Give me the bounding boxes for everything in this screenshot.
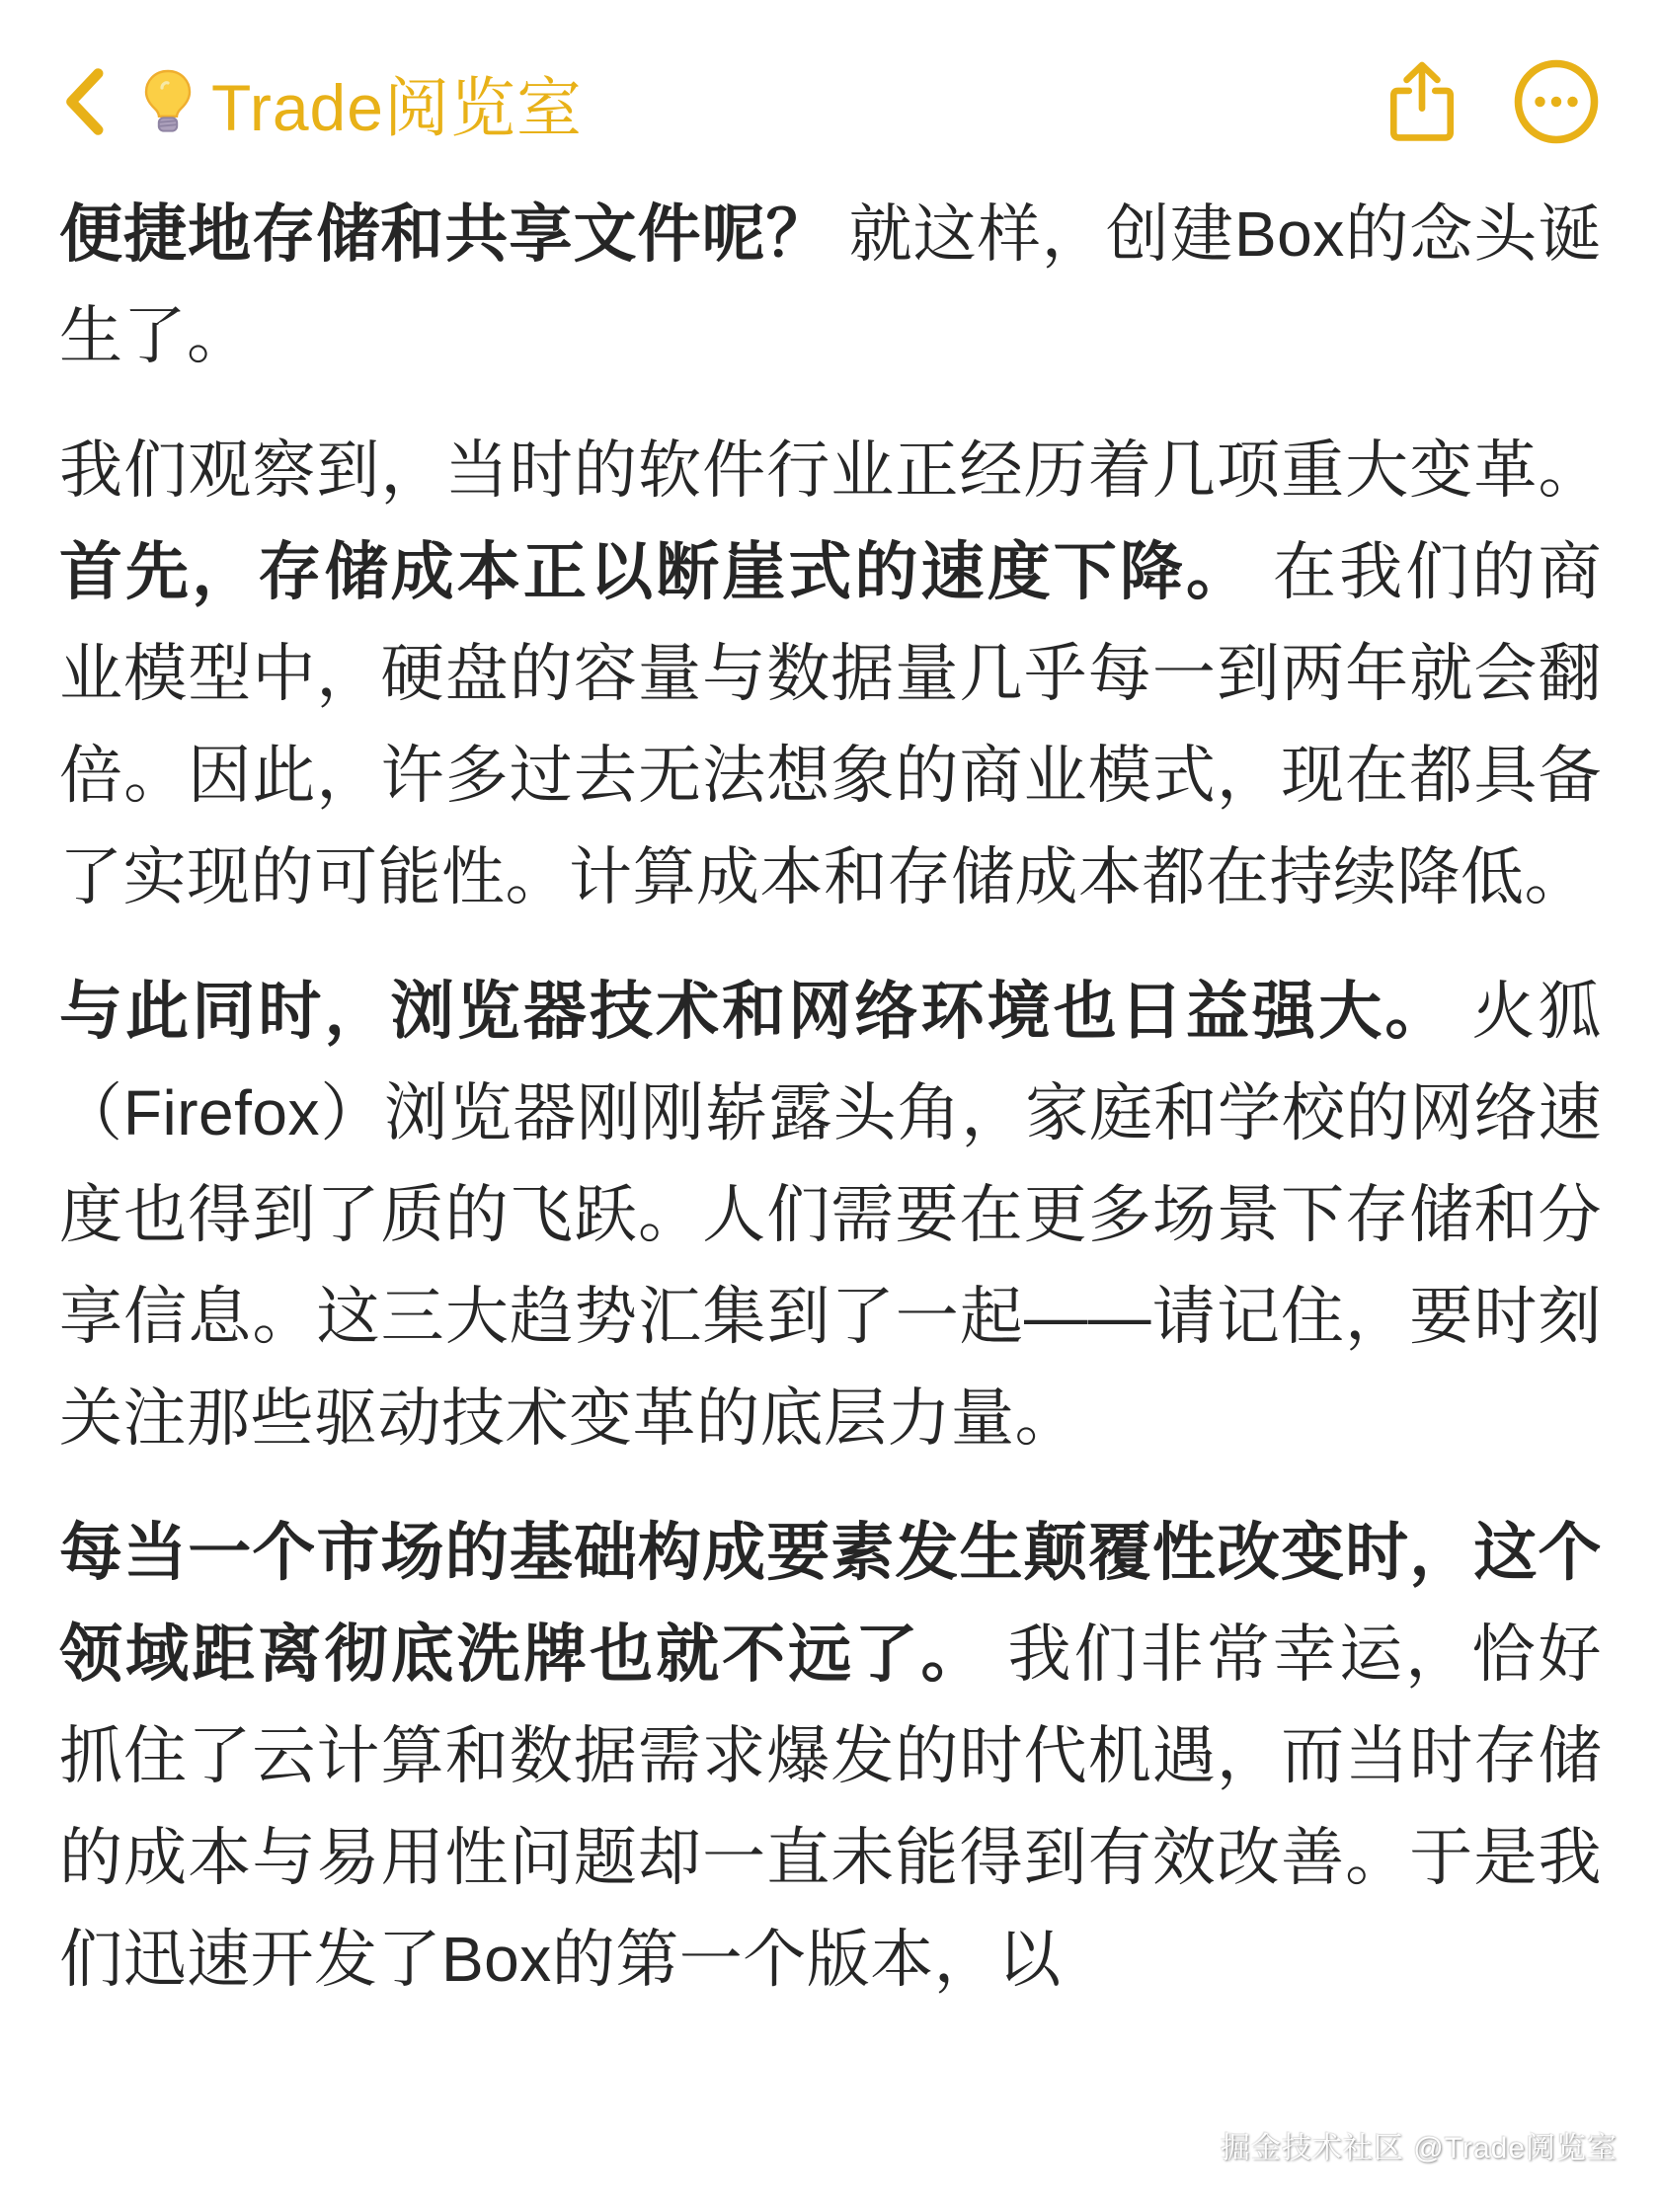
share-icon (1386, 60, 1458, 143)
channel-title-text: Trade阅览室 (211, 55, 583, 149)
lightbulb-emoji-icon (140, 68, 196, 135)
chevron-left-icon (63, 67, 105, 136)
share-button[interactable] (1386, 60, 1458, 143)
text-segment: 火狐（Firefox）浏览器刚刚崭露头角，家庭和学校的网络速度也得到了质的飞跃。… (59, 976, 1602, 1454)
ellipsis-circle-icon (1513, 58, 1600, 145)
header-actions (1386, 58, 1600, 145)
article-paragraph: 与此同时，浏览器技术和网络环境也日益强大。 火狐（Firefox）浏览器刚刚崭露… (59, 961, 1602, 1469)
reader-header: Trade阅览室 (0, 0, 1659, 148)
text-segment: 我们观察到，当时的软件行业正经历着几项重大变革。 (59, 434, 1602, 506)
reader-page: Trade阅览室 便捷地存储和共享文件呢？ 就这样，创建Box的念头诞生了 (0, 0, 1659, 2212)
text-segment-bold: 便捷地存储和共享文件呢？ (59, 198, 830, 270)
article-paragraph: 每当一个市场的基础构成要素发生颠覆性改变时，这个领域距离彻底洗牌也就不远了。 我… (59, 1502, 1602, 2011)
article-body: 便捷地存储和共享文件呢？ 就这样，创建Box的念头诞生了。我们观察到，当时的软件… (0, 148, 1659, 2011)
channel-title: Trade阅览室 (140, 55, 1386, 149)
watermark: 掘金技术社区 @Trade阅览室 (1221, 2123, 1618, 2167)
article-paragraph: 我们观察到，当时的软件行业正经历着几项重大变革。首先，存储成本正以断崖式的速度下… (59, 420, 1602, 928)
article-paragraph: 便捷地存储和共享文件呢？ 就这样，创建Box的念头诞生了。 (59, 184, 1602, 387)
text-segment-bold: 首先，存储成本正以断崖式的速度下降。 (59, 536, 1252, 607)
text-segment-bold: 与此同时，浏览器技术和网络环境也日益强大。 (59, 976, 1451, 1047)
more-button[interactable] (1513, 58, 1600, 145)
back-button[interactable] (63, 67, 115, 136)
